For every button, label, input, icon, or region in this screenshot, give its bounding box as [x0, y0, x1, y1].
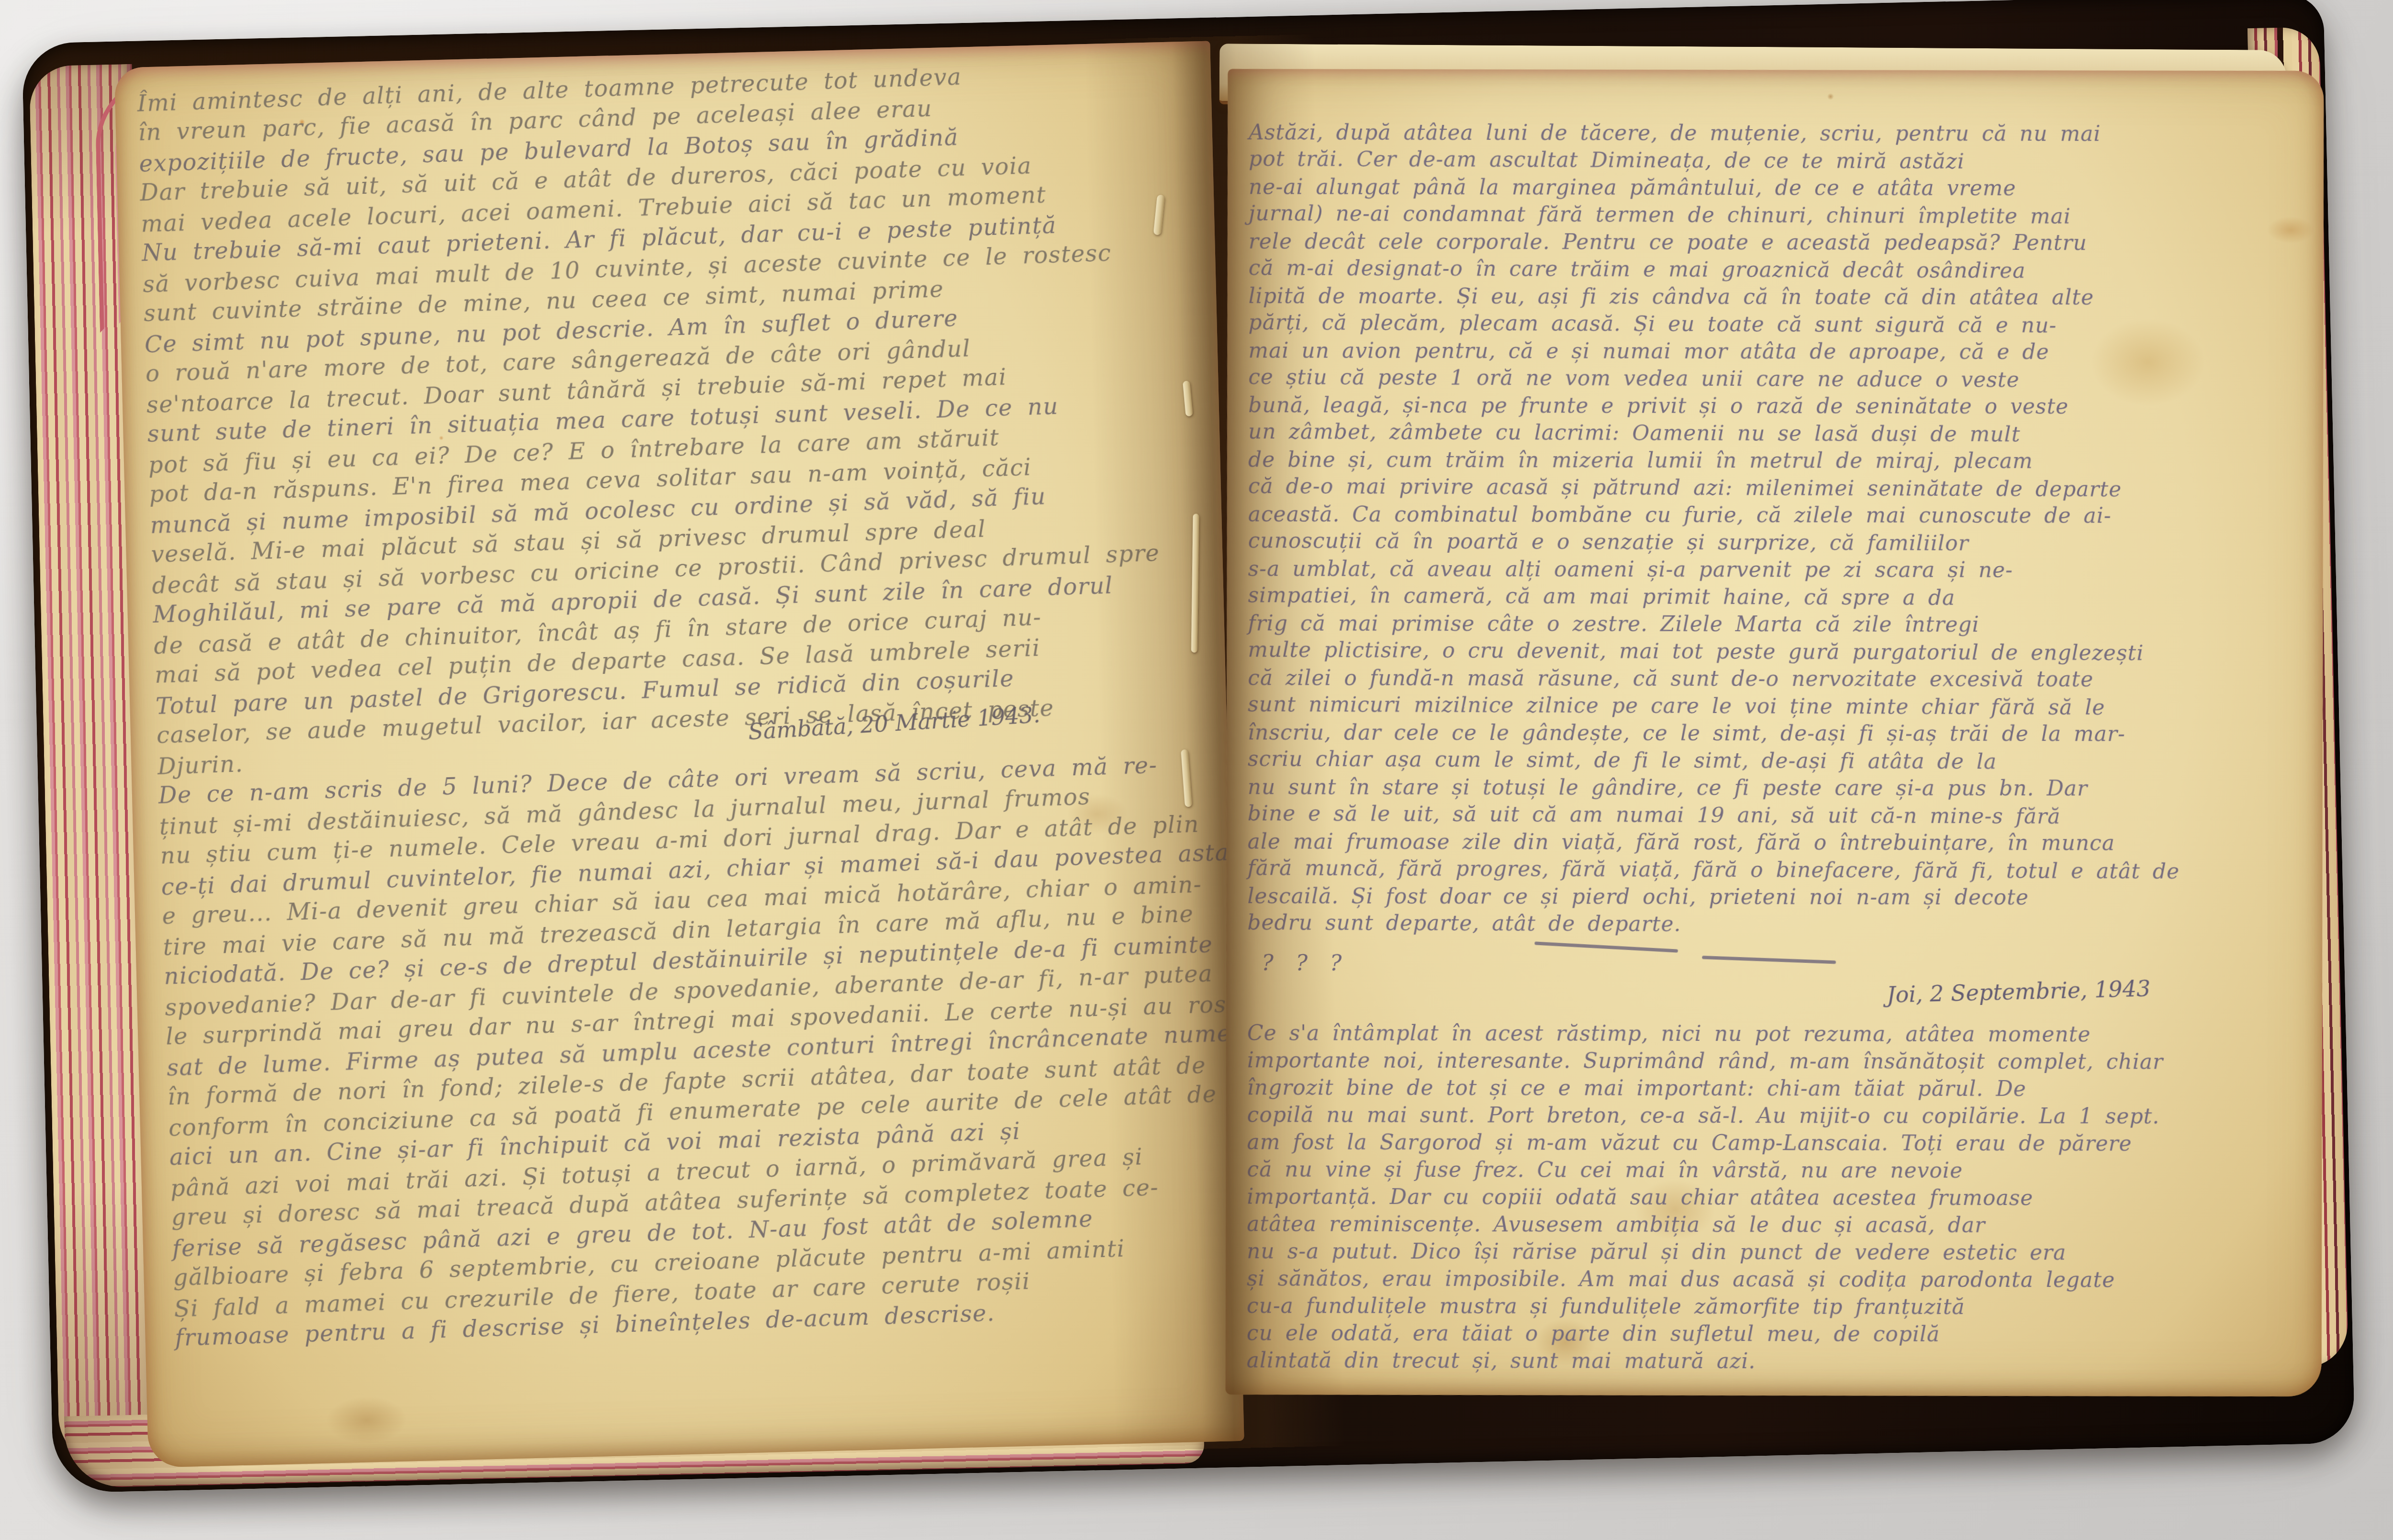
handwritten-line: că de-o mai privire acasă și pătrund azi…: [1248, 472, 2181, 503]
handwritten-line: cu ele odată, era tăiat o parte din sufl…: [1247, 1319, 2163, 1348]
handwritten-line: nu sunt în stare și totuși le gândire, c…: [1248, 773, 2180, 802]
handwritten-line: cunoscuții că în poartă e o senzație și …: [1248, 527, 2181, 558]
left-page: Îmi amintesc de alți ani, de alte toamne…: [114, 41, 1244, 1468]
handwritten-line: importanță. Dar cu copiii odată sau chia…: [1247, 1183, 2163, 1212]
handwritten-line: Astăzi, după atâtea luni de tăcere, de m…: [1249, 119, 2181, 147]
handwritten-line: nu s-a putut. Dico își rărise părul și d…: [1247, 1238, 2163, 1266]
handwritten-line: că nu vine și fuse frez. Cu cei mai în v…: [1247, 1156, 2163, 1184]
handwritten-line: bedru sunt departe, atât de departe.: [1247, 909, 2180, 939]
left-page-handwriting: Îmi amintesc de alți ani, de alte toamne…: [137, 55, 1244, 1353]
handwritten-line: părți, că plecăm, plecam acasă. Și eu to…: [1248, 309, 2181, 339]
handwritten-line: înscriu, dar cele ce le gândește, ce le …: [1248, 719, 2180, 748]
handwritten-line: mai un avion pentru, că e și numai mor a…: [1248, 337, 2181, 366]
handwritten-line: această. Ca combinatul bombăne cu furie,…: [1248, 501, 2181, 529]
handwritten-line: multe plictisire, o cru devenit, mai tot…: [1248, 636, 2180, 667]
right-page-entry2-handwriting: Ce s'a întâmplat în acest răstimp, nici …: [1247, 1019, 2164, 1375]
handwritten-line: copilă nu mai sunt. Port breton, ce-a să…: [1247, 1101, 2163, 1130]
separator-dash: [1534, 941, 1678, 952]
handwritten-line: simpatiei, în cameră, că am mai primit h…: [1248, 581, 2180, 612]
notebook: Îmi amintesc de alți ani, de alte toamne…: [22, 0, 2355, 1493]
separator-dash: [1702, 956, 1836, 964]
handwritten-line: de bine și, cum trăim în mizeria lumii î…: [1248, 446, 2181, 475]
handwritten-line: am fost la Sargorod și m-am văzut cu Cam…: [1247, 1128, 2163, 1157]
handwritten-line: s-a umblat, că aveau alți oameni și-a pa…: [1248, 555, 2181, 584]
handwritten-line: alintată din trecut și, sunt mai matură …: [1247, 1347, 2163, 1375]
handwritten-line: atâtea reminiscențe. Avusesem ambiția să…: [1247, 1210, 2163, 1239]
handwritten-line: ce știu că peste 1 oră ne vom vedea unii…: [1248, 363, 2181, 394]
right-page-entry1-handwriting: Astăzi, după atâtea luni de tăcere, de m…: [1247, 119, 2181, 938]
right-page: Astăzi, după atâtea luni de tăcere, de m…: [1226, 69, 2324, 1396]
handwritten-line: pot trăi. Cer de-am ascultat Dimineața, …: [1249, 145, 2181, 176]
handwritten-line: cu-a fundulițele mustra și fundulițele z…: [1247, 1292, 2163, 1321]
handwritten-line: scriu chiar așa cum le simt, de fi le si…: [1248, 745, 2180, 776]
separator-question-marks: ? ? ?: [1262, 949, 1349, 975]
entry-separator: ? ? ?: [1247, 936, 2252, 981]
handwritten-line: ne-ai alungat până la marginea pământulu…: [1249, 173, 2181, 202]
handwritten-line: bine e să le uit, să uit că am numai 19 …: [1248, 800, 2180, 830]
handwritten-line: jurnal) ne-ai condamnat fără termen de c…: [1249, 200, 2181, 230]
handwritten-line: și sănătos, erau imposibile. Am mai dus …: [1247, 1265, 2163, 1294]
handwritten-line: ale mai frumoase zile din viață, fără ro…: [1248, 828, 2180, 857]
handwritten-line: Ce s'a întâmplat în acest răstimp, nici …: [1247, 1019, 2163, 1048]
handwritten-line: lipită de moarte. Și eu, ași fi zis când…: [1249, 282, 2181, 311]
handwritten-line: frig că mai primise câte o zestre. Zilel…: [1248, 610, 2180, 638]
handwritten-line: fără muncă, fără progres, fără viață, fă…: [1247, 854, 2180, 885]
handwritten-line: importante noi, interesante. Suprimând r…: [1247, 1047, 2163, 1075]
handwritten-line: lescailă. Și fost doar ce și pierd ochi,…: [1247, 882, 2180, 911]
photo-background: Îmi amintesc de alți ani, de alte toamne…: [0, 0, 2393, 1540]
handwritten-line: bună, leagă, și-nca pe frunte e privit ș…: [1248, 391, 2181, 420]
handwritten-line: rele decât cele corporale. Pentru ce poa…: [1249, 228, 2181, 257]
handwritten-line: un zâmbet, zâmbete cu lacrimi: Oamenii n…: [1248, 418, 2181, 448]
handwritten-line: că m-ai designat-o în care trăim e mai g…: [1249, 254, 2181, 285]
handwritten-line: îngrozit bine de tot și ce e mai importa…: [1247, 1074, 2163, 1103]
handwritten-line: că zilei o fundă-n masă răsune, că sunt …: [1248, 664, 2180, 693]
handwritten-line: sunt nimicuri mizilnice zilnice pe care …: [1248, 691, 2180, 721]
